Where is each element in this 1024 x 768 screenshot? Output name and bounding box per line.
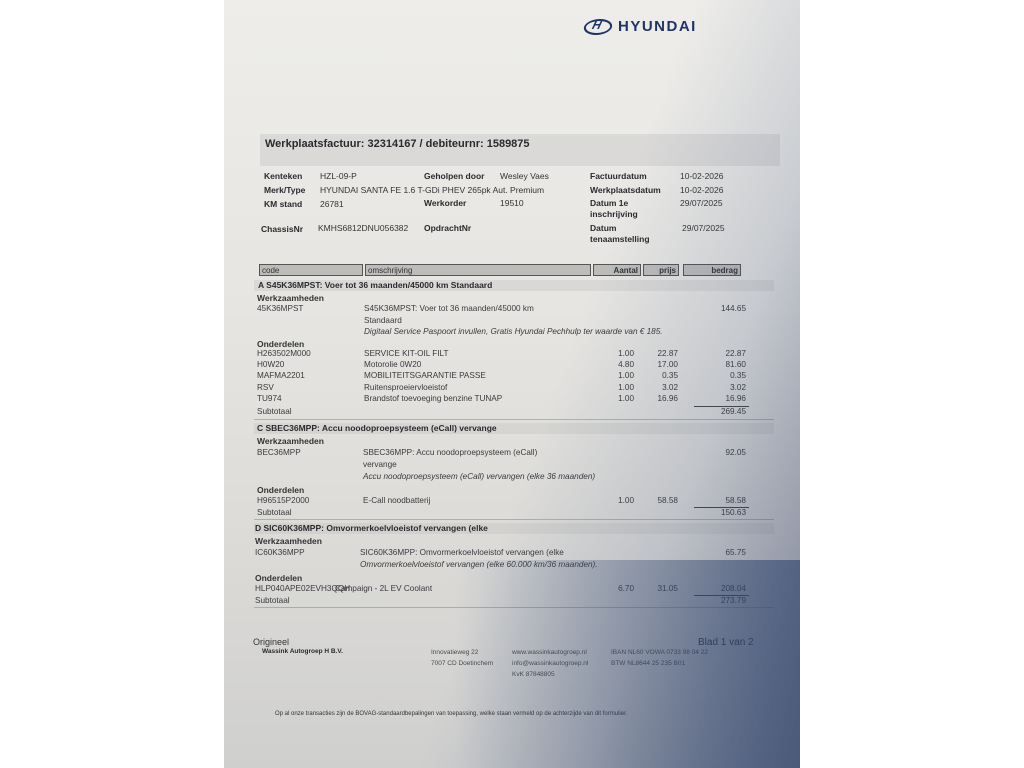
section-d-werk-code: IC60K36MPP <box>255 548 305 557</box>
section-a-subtotal-label: Subtotaal <box>257 407 292 416</box>
part-quantity: 1.00 <box>592 496 634 505</box>
footer-company: Wassink Autogroep H B.V. <box>262 648 343 655</box>
part-description: E-Call noodbatterij <box>363 496 430 505</box>
label-datum-tenaamstelling-1: Datum <box>590 223 616 233</box>
section-d-werk-desc-1: SIC60K36MPP: Omvormerkoelvloeistof verva… <box>360 548 564 557</box>
value-datum-1e-inschrijving: 29/07/2025 <box>680 198 723 208</box>
section-c-werk-label: Werkzaamheden <box>257 436 324 446</box>
label-datum-1e-inschrijving-1: Datum 1e <box>590 198 628 208</box>
section-c-werk-bedrag: 92.05 <box>684 448 746 457</box>
part-amount: 16.96 <box>684 394 746 403</box>
section-c-werk-desc-2: vervange <box>363 460 397 469</box>
footer-address-1: Innovatieweg 22 <box>431 649 478 656</box>
value-factuurdatum: 10-02-2026 <box>680 171 723 181</box>
value-datum-tenaamstelling: 29/07/2025 <box>682 223 725 233</box>
section-d-subtotal-label: Subtotaal <box>255 596 290 605</box>
value-km-stand: 26781 <box>320 199 344 209</box>
section-d-parts-label: Onderdelen <box>255 573 302 583</box>
part-code: H96515P2000 <box>257 496 309 505</box>
col-header-bedrag: bedrag <box>683 264 741 276</box>
section-c-parts-label: Onderdelen <box>257 485 304 495</box>
footer-kvk: KvK 87848805 <box>512 671 555 678</box>
part-quantity: 1.00 <box>592 349 634 358</box>
section-d-subtotal: 273.79 <box>684 596 746 605</box>
footer-origineel: Origineel <box>253 637 289 647</box>
label-datum-1e-inschrijving-2: inschrijving <box>590 209 638 219</box>
part-amount: 3.02 <box>684 383 746 392</box>
part-description: Motorolie 0W20 <box>364 360 421 369</box>
brand-name: HYUNDAI <box>618 18 697 35</box>
section-c-divider <box>254 519 774 520</box>
part-code: MAFMA2201 <box>257 371 305 380</box>
part-code: H0W20 <box>257 360 284 369</box>
section-a-werk-label: Werkzaamheden <box>257 293 324 303</box>
part-price: 58.58 <box>636 496 678 505</box>
section-c-heading: C SBEC36MPP: Accu noodoproepsysteem (eCa… <box>257 423 497 433</box>
label-merk-type: Merk/Type <box>264 185 305 195</box>
section-c-subtotal: 150.63 <box>684 508 746 517</box>
part-code: H263502M000 <box>257 349 311 358</box>
value-geholpen-door: Wesley Vaes <box>500 171 549 181</box>
part-price: 0.35 <box>636 371 678 380</box>
section-a-subtotal: 269.45 <box>684 407 746 416</box>
section-a-werk-bedrag: 144.65 <box>684 304 746 313</box>
section-d-heading: D SIC60K36MPP: Omvormerkoelvloeistof ver… <box>255 523 488 533</box>
col-header-aantal: Aantal <box>593 264 641 276</box>
part-quantity: 1.00 <box>592 394 634 403</box>
section-a-werk-desc-2: Standaard <box>364 316 402 325</box>
label-datum-tenaamstelling-2: tenaamstelling <box>590 234 650 244</box>
section-c-werk-code: BEC36MPP <box>257 448 301 457</box>
part-description: Campaign - 2L EV Coolant <box>335 584 432 593</box>
label-kenteken: Kenteken <box>264 171 302 181</box>
part-amount: 0.35 <box>684 371 746 380</box>
part-quantity: 4.80 <box>592 360 634 369</box>
value-chassisnr: KMHS6812DNU056382 <box>318 223 408 233</box>
footer-website[interactable]: www.wassinkautogroep.nl <box>512 649 587 656</box>
footer-email[interactable]: info@wassinkautogroep.nl <box>512 660 588 667</box>
label-geholpen-door: Geholpen door <box>424 171 484 181</box>
col-header-code: code <box>259 264 363 276</box>
brand-logo: HYUNDAI <box>584 18 697 35</box>
section-c-werk-note: Accu noodoproepsysteem (eCall) vervangen… <box>363 472 595 481</box>
part-code: RSV <box>257 383 274 392</box>
part-description: SERVICE KIT-OIL FILT <box>364 349 448 358</box>
section-a-werk-code: 45K36MPST <box>257 304 303 313</box>
footer-iban: IBAN NL60 VOWA 0733 98 04 22 <box>611 649 708 656</box>
section-d-divider <box>254 607 774 608</box>
col-header-prijs: prijs <box>643 264 679 276</box>
part-price: 16.96 <box>636 394 678 403</box>
label-km-stand: KM stand <box>264 199 302 209</box>
part-code: TU974 <box>257 394 282 403</box>
footer-page-number: Blad 1 van 2 <box>698 637 754 648</box>
part-price: 31.05 <box>636 584 678 593</box>
section-a-parts-label: Onderdelen <box>257 339 304 349</box>
part-amount: 208.04 <box>684 584 746 593</box>
section-c-subtotal-label: Subtotaal <box>257 508 292 517</box>
label-werkplaatsdatum: Werkplaatsdatum <box>590 185 661 195</box>
section-c-werk-desc-1: SBEC36MPP: Accu noodoproepsysteem (eCall… <box>363 448 537 457</box>
label-factuurdatum: Factuurdatum <box>590 171 647 181</box>
part-description: MOBILITEITSGARANTIE PASSE <box>364 371 486 380</box>
part-quantity: 6.70 <box>592 584 634 593</box>
label-werkorder: Werkorder <box>424 198 466 208</box>
part-price: 17.00 <box>636 360 678 369</box>
section-a-divider <box>254 419 774 420</box>
invoice-title: Werkplaatsfactuur: 32314167 / debiteurnr… <box>265 138 530 150</box>
section-a-werk-desc-1: S45K36MPST: Voer tot 36 maanden/45000 km <box>364 304 534 313</box>
part-amount: 58.58 <box>684 496 746 505</box>
part-description: Brandstof toevoeging benzine TUNAP <box>364 394 502 403</box>
section-d-werk-label: Werkzaamheden <box>255 536 322 546</box>
hyundai-logo-icon <box>582 19 614 35</box>
value-werkorder: 19510 <box>500 198 524 208</box>
part-amount: 22.87 <box>684 349 746 358</box>
part-price: 3.02 <box>636 383 678 392</box>
col-header-omschrijving: omschrijving <box>365 264 591 276</box>
invoice-page: HYUNDAI Werkplaatsfactuur: 32314167 / de… <box>224 0 800 768</box>
footer-btw: BTW NL8644 25 235 B01 <box>611 660 685 667</box>
value-werkplaatsdatum: 10-02-2026 <box>680 185 723 195</box>
label-opdrachtnr: OpdrachtNr <box>424 223 471 233</box>
part-quantity: 1.00 <box>592 371 634 380</box>
part-quantity: 1.00 <box>592 383 634 392</box>
section-a-heading: A S45K36MPST: Voer tot 36 maanden/45000 … <box>258 280 492 290</box>
section-d-werk-note: Omvormerkoelvloeistof vervangen (elke 60… <box>360 560 598 569</box>
part-description: Ruitensproeiervloeistof <box>364 383 447 392</box>
part-price: 22.87 <box>636 349 678 358</box>
value-kenteken: HZL-09-P <box>320 171 357 181</box>
section-a-werk-note: Digitaal Service Paspoort invullen, Grat… <box>364 327 663 336</box>
value-merk-type: HYUNDAI SANTA FE 1.6 T-GDi PHEV 265pk Au… <box>320 185 544 195</box>
footer-disclaimer: Op al onze transacties zijn de BOVAG-sta… <box>275 711 627 717</box>
label-chassisnr: ChassisNr <box>261 224 303 234</box>
footer-address-2: 7007 CD Doetinchem <box>431 660 493 667</box>
part-amount: 81.60 <box>684 360 746 369</box>
section-d-werk-bedrag: 65.75 <box>684 548 746 557</box>
